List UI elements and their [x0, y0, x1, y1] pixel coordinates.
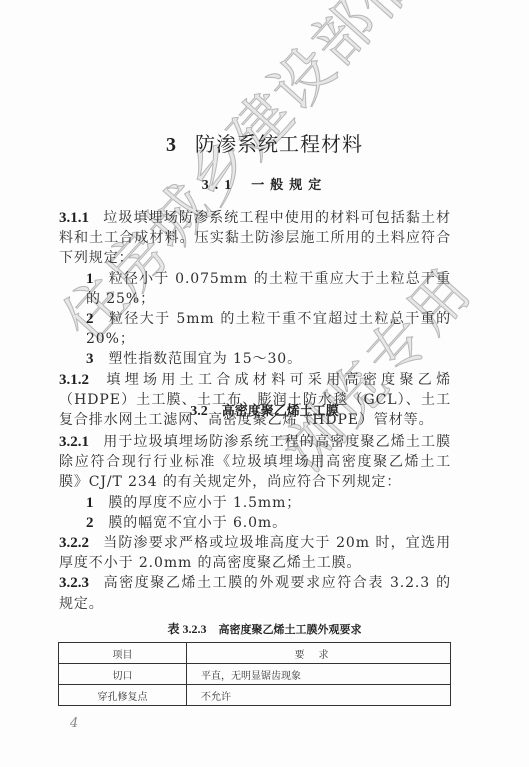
clause-text: 垃圾填埋场防渗系统工程中使用的材料可包括黏土材料和土工合成材料。压实黏土防渗层施… — [59, 210, 451, 266]
item-text: 塑性指数范围宜为 15～30。 — [108, 351, 302, 367]
item-number: 3 — [86, 351, 94, 367]
item-number: 2 — [86, 311, 94, 327]
clause-number: 3.1.1 — [59, 210, 89, 226]
table-title: 高密度聚乙烯土工膜外观要求 — [219, 623, 362, 636]
table-header-requirement: 要求 — [187, 643, 451, 664]
chapter-number: 3 — [166, 134, 177, 156]
table-row: 穿孔修复点 不允许 — [59, 685, 451, 706]
table-header-item: 项目 — [59, 643, 187, 664]
chapter-title: 3防渗系统工程材料 — [0, 131, 529, 158]
section-number: 3.1 — [202, 178, 238, 193]
clause-number: 3.2.1 — [59, 434, 89, 450]
section-3-1-body: 3.1.1垃圾填埋场防渗系统工程中使用的材料可包括黏土材料和土工合成材料。压实黏… — [59, 208, 451, 430]
list-item: 1膜的厚度不应小于 1.5mm； — [59, 493, 451, 513]
page-number: 4 — [70, 716, 78, 731]
list-item: 2膜的幅宽不宜小于 6.0m。 — [59, 513, 451, 533]
list-item: 3塑性指数范围宜为 15～30。 — [59, 349, 451, 369]
table-caption: 表 3.2.3高密度聚乙烯土工膜外观要求 — [0, 622, 529, 637]
table-number: 表 3.2.3 — [167, 622, 206, 636]
table-cell-item: 切口 — [59, 664, 187, 685]
clause-number: 3.2.2 — [59, 535, 89, 551]
clause-3-2-2: 3.2.2当防渗要求严格或垃圾堆高度大于 20m 时，宜选用厚度不小于 2.0m… — [59, 533, 451, 573]
section-number: 3.2 — [190, 404, 208, 419]
list-item: 2粒径大于 5mm 的土粒干重不宜超过土粒总干重的 20%； — [59, 309, 451, 349]
clause-3-1-1: 3.1.1垃圾填埋场防渗系统工程中使用的材料可包括黏土材料和土工合成材料。压实黏… — [59, 208, 451, 269]
table-cell-requirement: 不允许 — [187, 685, 451, 706]
clause-3-1-2: 3.1.2填埋场用土工合成材料可采用高密度聚乙烯（HDPE）土工膜、土工布、膨润… — [59, 370, 451, 431]
item-text: 粒径小于 0.075mm 的土粒干重应大于土粒总干重的 25%； — [86, 271, 451, 307]
item-text: 膜的幅宽不宜小于 6.0m。 — [108, 515, 287, 531]
item-number: 2 — [86, 515, 94, 531]
table-cell-item: 穿孔修复点 — [59, 685, 187, 706]
section-title-3-2: 3.2高密度聚乙烯土工膜 — [0, 403, 529, 421]
clause-text: 用于垃圾填埋场防渗系统工程的高密度聚乙烯土工膜除应符合现行行业标准《垃圾填埋场用… — [59, 434, 451, 490]
item-number: 1 — [86, 495, 94, 511]
clause-3-2-1: 3.2.1用于垃圾填埋场防渗系统工程的高密度聚乙烯土工膜除应符合现行行业标准《垃… — [59, 432, 451, 493]
item-text: 粒径大于 5mm 的土粒干重不宜超过土粒总干重的 20%； — [86, 311, 451, 347]
clause-number: 3.2.3 — [59, 575, 89, 591]
table-header-row: 项目 要求 — [59, 643, 451, 664]
appearance-requirements-table: 项目 要求 切口 平直，无明显锯齿现象 穿孔修复点 不允许 — [58, 642, 451, 706]
clause-text: 当防渗要求严格或垃圾堆高度大于 20m 时，宜选用厚度不小于 2.0mm 的高密… — [59, 535, 451, 571]
section-title-3-1: 3.1一般规定 — [0, 177, 529, 195]
section-title-text: 一般规定 — [251, 178, 327, 193]
section-title-text: 高密度聚乙烯土工膜 — [222, 404, 339, 419]
table-cell-requirement: 平直，无明显锯齿现象 — [187, 664, 451, 685]
item-text: 膜的厚度不应小于 1.5mm； — [108, 495, 301, 511]
clause-number: 3.1.2 — [59, 372, 89, 388]
list-item: 1粒径小于 0.075mm 的土粒干重应大于土粒总干重的 25%； — [59, 269, 451, 309]
clause-text: 高密度聚乙烯土工膜的外观要求应符合表 3.2.3 的规定。 — [59, 575, 451, 611]
clause-3-2-3: 3.2.3高密度聚乙烯土工膜的外观要求应符合表 3.2.3 的规定。 — [59, 573, 451, 613]
item-number: 1 — [86, 271, 94, 287]
chapter-title-text: 防渗系统工程材料 — [195, 132, 363, 156]
section-3-2-body: 3.2.1用于垃圾填埋场防渗系统工程的高密度聚乙烯土工膜除应符合现行行业标准《垃… — [59, 432, 451, 614]
document-page: 住房城乡建设部信息公开 浏览专用 3防渗系统工程材料 3.1一般规定 3.1.1… — [0, 0, 529, 767]
table-row: 切口 平直，无明显锯齿现象 — [59, 664, 451, 685]
